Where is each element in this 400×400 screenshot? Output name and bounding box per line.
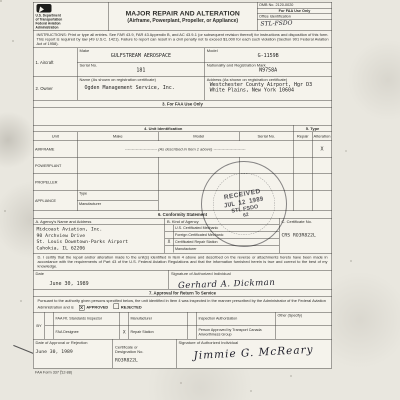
appliance-row: APPLIANCE Type Manufacturer — [34, 191, 332, 212]
agency-line: U.S. Department — [36, 14, 107, 18]
powerplant-make-cell — [78, 158, 159, 174]
form-title-block: MAJOR REPAIR AND ALTERATION (Airframe, P… — [109, 3, 258, 31]
approval-signature: Jimmie G. McReary — [193, 342, 329, 361]
approved-label: APPROVED — [86, 305, 108, 310]
form-number-footer: FAA Form 337 (12-88) — [33, 368, 333, 374]
section4-label: 4. Unit Identification — [34, 126, 294, 132]
item3-faa-use-only-bar: 3. For FAA Use Only — [34, 101, 332, 109]
kind-checkbox-checked: X — [165, 239, 174, 246]
checkbox — [188, 326, 197, 339]
kind-label: Foreign Certificated Mechanic — [174, 232, 224, 239]
paper-noise — [0, 0, 2, 2]
by-option-label: Manufacturer — [129, 312, 188, 325]
by-option-label: FAA Designee — [54, 326, 120, 339]
item1-aircraft-row: 1. Aircraft Make GULFSTREAM AEROSPACE Mo… — [34, 48, 332, 77]
other-specify-value — [276, 326, 332, 339]
other-specify-label: Other (Specify) — [276, 312, 332, 325]
section7-title: 7. Approval for Return To Service — [34, 290, 332, 298]
kind-checkbox — [165, 225, 174, 232]
airframe-repair-cell — [294, 141, 313, 157]
aircraft-model-cell: Model G-1159B — [205, 48, 332, 62]
aircraft-serial-cell: Serial No. 181 — [78, 63, 205, 77]
kind-checkbox — [165, 232, 174, 239]
certificate-no-value: CRS RO3R822L — [280, 225, 332, 239]
by-option-label: FAA Flt. Standards Inspector — [54, 312, 120, 325]
airframe-row: AIRFRAME ------------------------ (As de… — [34, 141, 332, 158]
designation-no-cell: Certificate or Designation No. RO3R822L — [113, 339, 177, 368]
by-row-2: FAA Designee X Repair Station Person App… — [45, 326, 332, 339]
kind-label: Certificated Repair Station — [174, 239, 218, 246]
serial-value: 181 — [80, 68, 203, 74]
agency-name-address-cell: A. Agency's Name and Address Midcoast Av… — [34, 219, 166, 254]
by-label: BY — [34, 312, 46, 339]
faa-use-only-space — [34, 108, 332, 126]
col-unit: Unit — [34, 132, 78, 141]
powerplant-model-cell — [159, 158, 240, 174]
appliance-serial-cell — [240, 191, 294, 211]
nationality-value: N9758A — [207, 68, 330, 74]
powerplant-label: POWERPLANT — [34, 158, 78, 174]
by-option-label: Person Approved by Transport Canada Airw… — [197, 326, 276, 339]
instructions-text: INSTRUCTIONS: Print or type all entries.… — [34, 31, 332, 48]
col-model: Model — [159, 132, 240, 141]
appliance-alteration-cell — [313, 191, 332, 211]
certificate-no-cell: C. Certificate No. CRS RO3R822L — [280, 219, 332, 254]
propeller-row: PROPELLER — [34, 174, 332, 191]
col-serial: Serial No. — [240, 132, 294, 141]
airframe-span-text: ------------------------ (As described i… — [78, 141, 294, 157]
owner-name-cell: Name (As shown on registration certifica… — [78, 77, 205, 100]
make-value: GULFSTREAM AEROSPACE — [80, 53, 203, 59]
owner-address-cell: Address (As shown on registration certif… — [205, 77, 332, 100]
by-option-label: Inspection Authorization — [197, 312, 276, 325]
kind-row: Foreign Certificated Mechanic — [165, 232, 279, 239]
propeller-serial-cell — [240, 174, 294, 190]
propeller-make-cell — [78, 174, 159, 190]
unit-table-column-headers: Unit Make Model Serial No. Repair Altera… — [34, 132, 332, 141]
conformity-date-cell: Date June 30, 1989 — [34, 271, 170, 290]
checkbox — [188, 312, 197, 325]
kind-label: Manufacturer — [174, 246, 197, 253]
conformity-signature: Gerhard A. Dickman — [178, 275, 330, 290]
date-label: Date — [36, 272, 167, 277]
propeller-alteration-cell — [313, 174, 332, 190]
propeller-label: PROPELLER — [34, 174, 78, 190]
col-repair: Repair — [294, 132, 313, 141]
approval-statement: Pursuant to the authority given persons … — [34, 297, 332, 312]
approval-signature-cell: Signature of Authorized Individual Jimmi… — [177, 339, 332, 368]
appliance-model-cell — [159, 191, 240, 211]
appliance-manufacturer-label: Manufacturer — [78, 201, 159, 211]
appliance-repair-cell — [294, 191, 313, 211]
propeller-repair-cell — [294, 174, 313, 190]
kind-row: Manufacturer — [165, 246, 279, 253]
kind-row: X Certificated Repair Station — [165, 239, 279, 246]
faa-form-337: U.S. Department of Transportation Federa… — [33, 2, 332, 368]
item1-row-label: 1. Aircraft — [34, 48, 78, 77]
item2-row-label: 2. Owner — [34, 77, 78, 100]
dot-agency-block: U.S. Department of Transportation Federa… — [34, 3, 109, 31]
agency-address-line3: Cahokia, IL 62206 — [37, 245, 162, 251]
powerplant-repair-cell — [294, 158, 313, 174]
conformity-certification-text: D. I certify that the repair and/or alte… — [34, 254, 332, 271]
section6-title: 6. Conformity Statement — [34, 211, 332, 219]
appliance-type-label: Type — [78, 191, 159, 201]
scanned-page: U.S. Department of Transportation Federa… — [0, 0, 400, 400]
airframe-alteration-mark: X — [313, 141, 332, 157]
checkbox — [45, 312, 54, 325]
form-header: U.S. Department of Transportation Federa… — [34, 3, 332, 32]
checkbox — [120, 312, 129, 325]
agency-line: Federal Aviation — [36, 22, 107, 26]
conformity-grid: A. Agency's Name and Address Midcoast Av… — [34, 219, 332, 254]
model-value: G-1159B — [207, 53, 330, 59]
col-alteration: Alteration — [313, 132, 332, 141]
form-subtitle: (Airframe, Powerplant, Propeller, or App… — [111, 18, 256, 24]
agency-line: Administration — [36, 26, 107, 30]
checkbox-checked: X — [120, 326, 129, 339]
approval-signature-row: Date of Approval or Rejection June 30, 1… — [34, 339, 332, 368]
propeller-model-cell — [159, 174, 240, 190]
designation-no-value: RO3R822L — [115, 358, 174, 363]
owner-name-value: Ogden Management Service, Inc. — [85, 85, 203, 91]
owner-name-label: Name (As shown on registration certifica… — [80, 78, 203, 83]
rejected-label: REJECTED — [121, 305, 142, 310]
conformity-signature-row: Date June 30, 1989 Signature of Authoriz… — [34, 271, 332, 290]
airframe-label: AIRFRAME — [34, 141, 78, 157]
approved-checkbox-checked: X — [79, 305, 85, 311]
conformity-date-value: June 30, 1989 — [50, 281, 167, 287]
dot-logo-icon — [37, 4, 52, 13]
approval-date-cell: Date of Approval or Rejection June 30, 1… — [34, 339, 114, 368]
form-title: MAJOR REPAIR AND ALTERATION — [111, 10, 256, 18]
aircraft-make-cell: Make GULFSTREAM AEROSPACE — [78, 48, 205, 62]
omb-block: OMB No. 2120-0020 For FAA Use Only Offic… — [258, 3, 332, 31]
kind-row: U.S. Certificated Mechanic — [165, 225, 279, 232]
approval-date-value: June 30, 1989 — [36, 349, 111, 355]
designation-no-label: Certificate or Designation No. — [115, 345, 143, 354]
checkbox — [45, 326, 54, 339]
conformity-signature-cell: Signature of Authorized Individual Gerha… — [169, 271, 332, 290]
kind-checkbox — [165, 246, 174, 253]
col-make: Make — [78, 132, 159, 141]
kind-of-agency-cell: B. Kind of Agency U.S. Certificated Mech… — [165, 219, 280, 254]
rejected-checkbox — [113, 303, 119, 309]
powerplant-row: POWERPLANT — [34, 158, 332, 175]
item2-owner-row: 2. Owner Name (As shown on registration … — [34, 77, 332, 101]
by-option-label: Repair Station — [129, 326, 188, 339]
aircraft-nationality-cell: Nationality and Registration Mark N9758A — [205, 63, 332, 77]
appliance-sub-cells: Type Manufacturer — [78, 191, 159, 211]
powerplant-serial-cell — [240, 158, 294, 174]
owner-address-line2: White Plains, New York 10604 — [210, 88, 330, 94]
approval-by-table: BY FAA Flt. Standards Inspector Manufact… — [34, 312, 332, 339]
section5-label: 5. Type — [294, 126, 332, 132]
kind-label: U.S. Certificated Mechanic — [174, 225, 219, 232]
by-row-1: FAA Flt. Standards Inspector Manufacture… — [45, 312, 332, 326]
approval-date-label: Date of Approval or Rejection — [36, 340, 111, 345]
powerplant-alteration-cell — [313, 158, 332, 174]
agency-line: of Transportation — [36, 18, 107, 22]
office-identification-value: STL-FSDO — [257, 18, 331, 31]
appliance-label: APPLIANCE — [34, 191, 78, 211]
